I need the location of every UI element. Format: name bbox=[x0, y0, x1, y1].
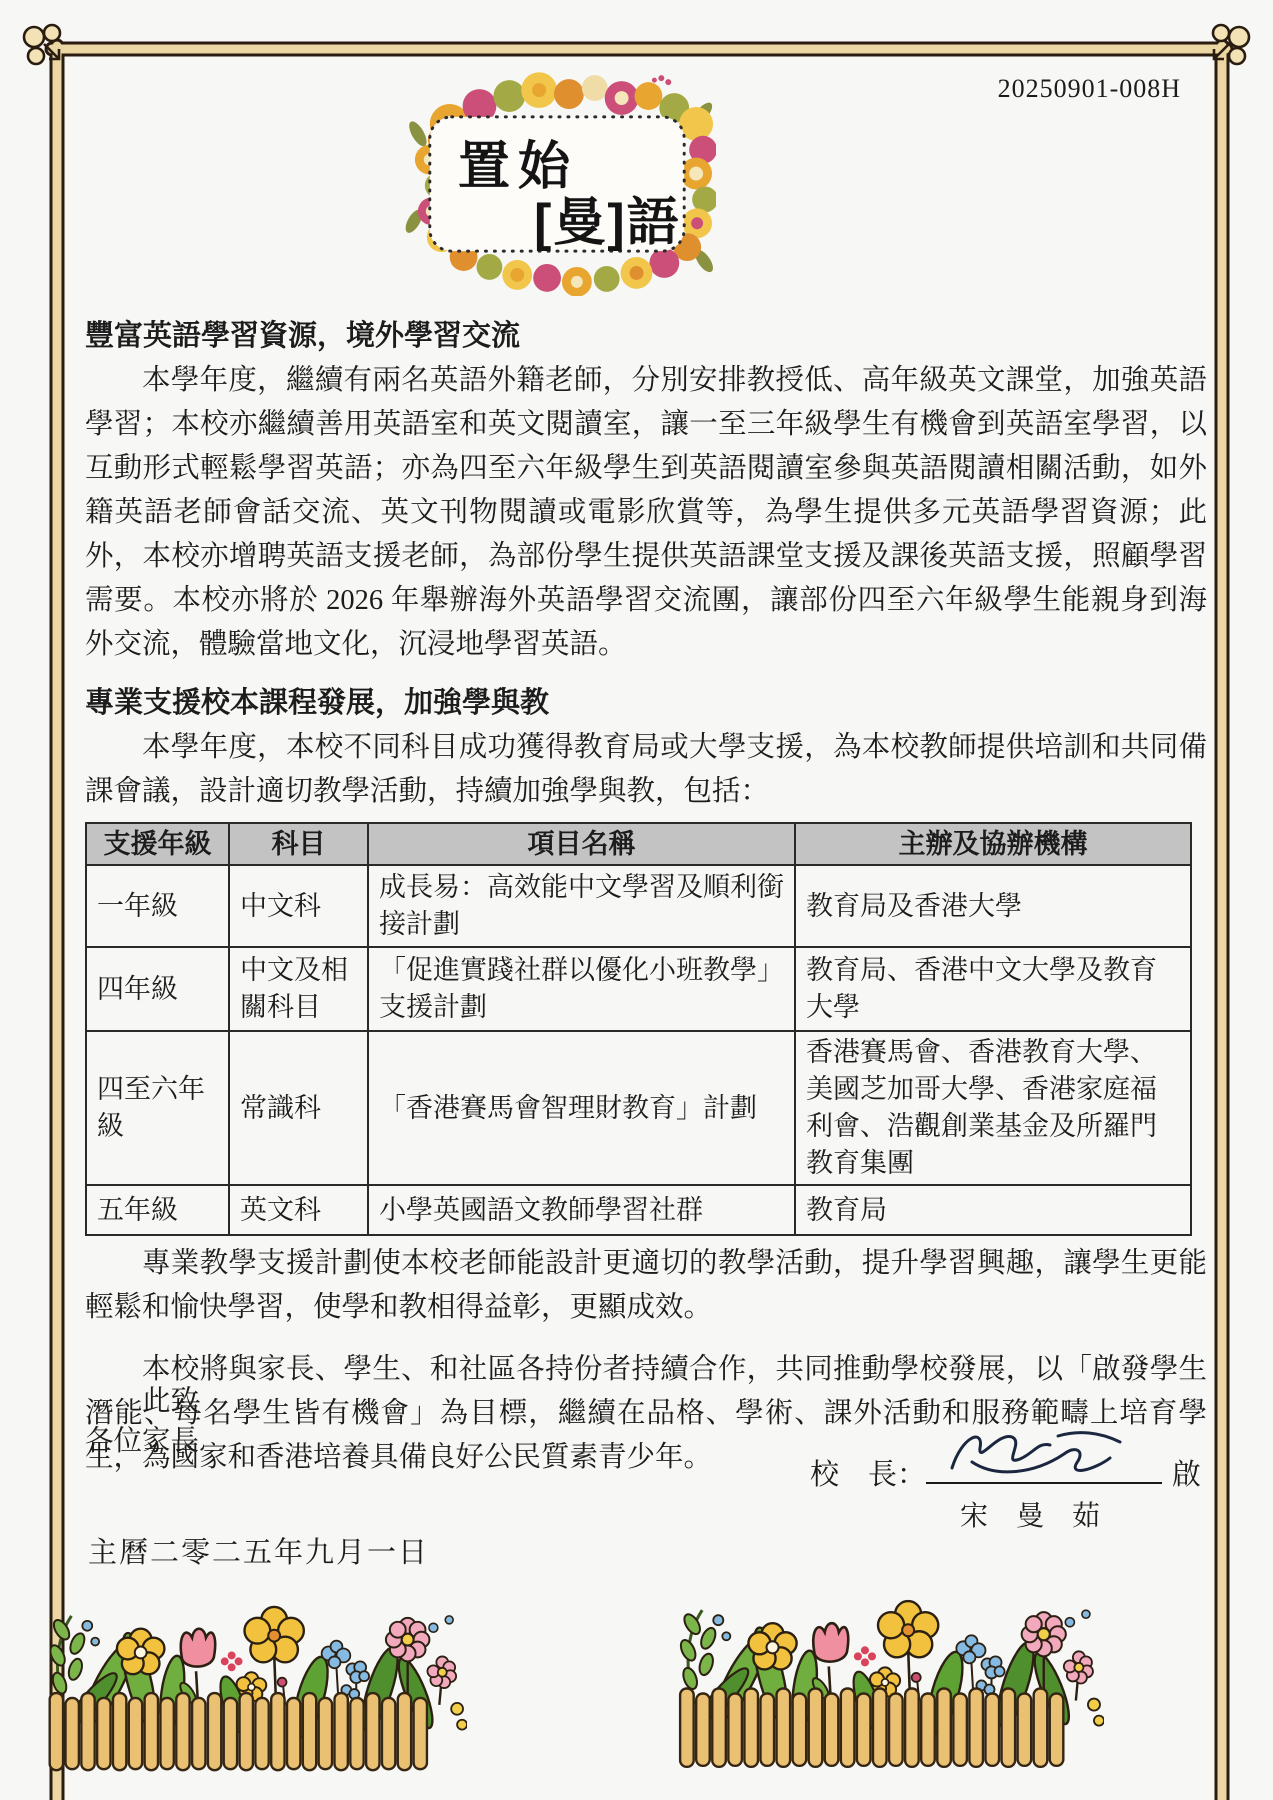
cell-subject: 中文及相關科目 bbox=[229, 947, 368, 1031]
addressee: 各位家長 bbox=[85, 1418, 199, 1459]
cell-project: 「促進實踐社群以優化小班教學」支援計劃 bbox=[368, 947, 795, 1031]
table-row: 一年級 中文科 成長易：高效能中文學習及順利銜接計劃 教育局及香港大學 bbox=[86, 865, 1191, 947]
principal-name: 宋 曼 茹 bbox=[960, 1494, 1100, 1534]
paragraph-professional-support: 本學年度，本校不同科目成功獲得教育局或大學支援，為本校教師提供培訓和共同備課會議… bbox=[85, 726, 1207, 814]
letter-body: 豐富英語學習資源，境外學習交流 本學年度，繼續有兩名英語外籍老師，分別安排教授低… bbox=[85, 314, 1207, 1480]
table-header-row: 支援年級 科目 項目名稱 主辦及協辦機構 bbox=[86, 823, 1191, 865]
table-row: 五年級 英文科 小學英國語文教師學習社群 教育局 bbox=[86, 1185, 1191, 1235]
table-row: 四年級 中文及相關科目 「促進實踐社群以優化小班教學」支援計劃 教育局、香港中文… bbox=[86, 947, 1191, 1031]
paragraph-english-resources: 本學年度，繼續有兩名英語外籍老師，分別安排教授低、高年級英文課堂，加強英語學習；… bbox=[85, 359, 1207, 667]
paragraph-after-table: 專業教學支援計劃使本校老師能設計更適切的教學活動，提升學習興趣，讓學生更能輕鬆和… bbox=[85, 1242, 1207, 1330]
newsletter-title: 置始 [曼]語 bbox=[398, 72, 716, 296]
header-subject: 科目 bbox=[229, 823, 368, 865]
header-organiser: 主辦及協辦機構 bbox=[795, 823, 1191, 865]
title-line-2: [曼]語 bbox=[534, 180, 681, 255]
cell-organiser: 教育局 bbox=[795, 1185, 1191, 1235]
table-row: 四至六年級 常識科 「香港賽馬會智理財教育」計劃 香港賽馬會、香港教育大學、美國… bbox=[86, 1031, 1191, 1185]
flower-planter-right-decoration bbox=[652, 1592, 1104, 1788]
section-heading-professional-support: 專業支援校本課程發展，加強學與教 bbox=[85, 681, 1207, 726]
cell-organiser: 教育局、香港中文大學及教育大學 bbox=[795, 947, 1191, 1031]
cell-project: 小學英國語文教師學習社群 bbox=[368, 1185, 795, 1235]
cell-grade: 四年級 bbox=[86, 947, 229, 1031]
support-programmes-table: 支援年級 科目 項目名稱 主辦及協辦機構 一年級 中文科 成長易：高效能中文學習… bbox=[85, 822, 1192, 1236]
cell-project: 「香港賽馬會智理財教育」計劃 bbox=[368, 1031, 795, 1185]
cell-subject: 中文科 bbox=[229, 865, 368, 947]
principal-label: 校 長： bbox=[810, 1459, 926, 1491]
section-heading-english-resources: 豐富英語學習資源，境外學習交流 bbox=[85, 314, 1207, 359]
cell-grade: 四至六年級 bbox=[86, 1031, 229, 1185]
principal-suffix: 啟 bbox=[1172, 1459, 1201, 1491]
principal-signature-row: 校 長： 啟 bbox=[810, 1452, 1201, 1493]
cell-project: 成長易：高效能中文學習及順利銜接計劃 bbox=[368, 865, 795, 947]
signature-line bbox=[926, 1452, 1162, 1484]
cell-subject: 常識科 bbox=[229, 1031, 368, 1185]
cell-organiser: 教育局及香港大學 bbox=[795, 865, 1191, 947]
header-grade: 支援年級 bbox=[86, 823, 229, 865]
cell-grade: 一年級 bbox=[86, 865, 229, 947]
principal-signature bbox=[938, 1422, 1150, 1486]
salutation: 此致 bbox=[142, 1378, 199, 1419]
reference-number: 20250901-008H bbox=[998, 74, 1181, 104]
header-project: 項目名稱 bbox=[368, 823, 795, 865]
cell-subject: 英文科 bbox=[229, 1185, 368, 1235]
date-line: 主曆二零二五年九月一日 bbox=[88, 1530, 429, 1571]
cell-organiser: 香港賽馬會、香港教育大學、美國芝加哥大學、香港家庭福利會、浩觀創業基金及所羅門教… bbox=[795, 1031, 1191, 1185]
flower-planter-left-decoration bbox=[22, 1598, 467, 1791]
cell-grade: 五年級 bbox=[86, 1185, 229, 1235]
letter-page: 20250901-008H bbox=[0, 0, 1273, 1800]
